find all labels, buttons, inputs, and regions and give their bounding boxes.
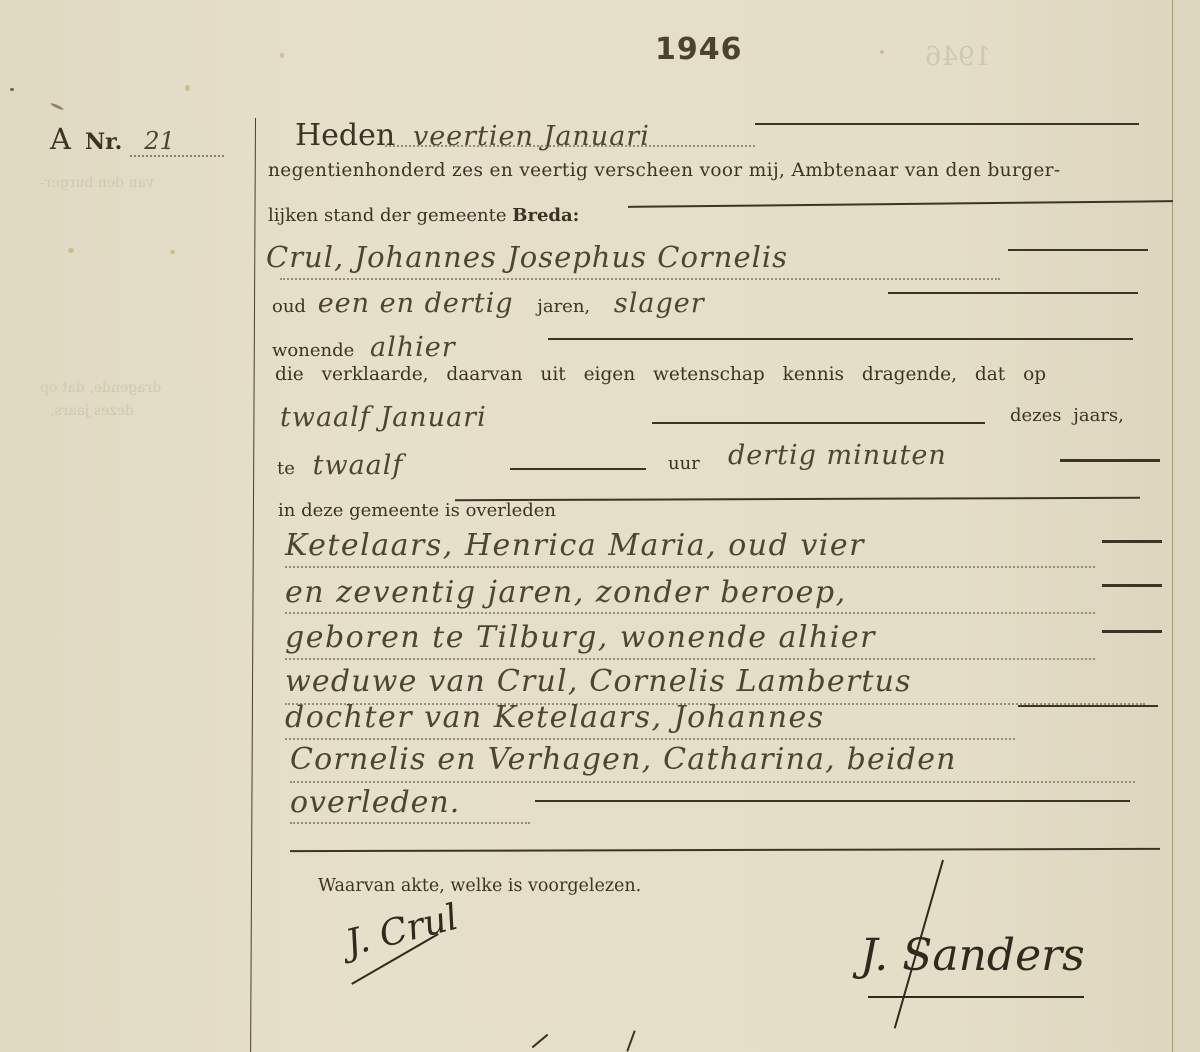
dotted-fill [385, 145, 755, 147]
fill-rule [888, 292, 1138, 294]
printed-text: negentienhonderd zes en veertig verschee… [268, 160, 1060, 181]
dotted-fill [290, 822, 530, 824]
dotted-fill [285, 612, 1095, 614]
foxing-spot [170, 250, 175, 254]
deceased-line-5: dochter van Ketelaars, Johannes [285, 700, 825, 735]
deceased-line-7: overleden. [290, 785, 460, 820]
dotted-fill [290, 781, 1135, 783]
declarant-age: een en dertig [318, 288, 514, 319]
declarant-residence: alhier [370, 332, 456, 363]
fill-rule [1102, 584, 1162, 587]
line-printed-7: die verklaarde, daarvan uit eigen wetens… [275, 364, 1046, 385]
foxing-spot [10, 88, 14, 91]
fill-rule [1102, 540, 1162, 543]
partial-stroke [626, 1030, 635, 1051]
fill-rule [455, 497, 1140, 501]
foxing-spot [185, 85, 190, 91]
line-age-occupation: oud een en dertig jaren, slager [272, 288, 705, 319]
dotted-fill [285, 738, 1015, 740]
printed-wonende: wonende [272, 340, 354, 361]
dotted-fill [285, 566, 1095, 568]
printed-text: lijken stand der gemeente [268, 205, 507, 226]
death-date: twaalf Januari [280, 402, 487, 433]
register-nr-value: 21 [130, 127, 224, 157]
register-series: A [50, 122, 71, 156]
fill-rule [548, 338, 1133, 340]
fill-rule [652, 422, 985, 424]
line-time: te twaalf [277, 450, 403, 481]
closing-statement: Waarvan akte, welke is voorgelezen. [318, 876, 641, 896]
register-number: ANr. 21 [50, 122, 224, 157]
verso-text: dragende, dat op [40, 380, 161, 396]
dotted-fill [285, 658, 1095, 660]
line-residence: wonende alhier [272, 332, 456, 363]
fill-rule [535, 800, 1130, 802]
margin-rule [250, 118, 256, 1052]
deceased-line-4: weduwe van Crul, Cornelis Lambertus [285, 664, 912, 699]
municipality-name: Breda: [512, 205, 579, 226]
official-signature: J. Sanders [860, 930, 1085, 981]
printed-text: die verklaarde, daarvan uit eigen wetens… [275, 364, 1046, 385]
line-municipality: lijken stand der gemeente Breda: [268, 205, 579, 226]
printed-oud: oud [272, 296, 306, 317]
declarant-occupation: slager [614, 288, 705, 319]
foxing-spot [68, 248, 74, 253]
death-hour: twaalf [313, 450, 404, 481]
death-minutes: dertig minuten [728, 440, 947, 471]
foxing-spot [50, 102, 64, 111]
document-page: 1946 van den burger- dragende, dat op de… [0, 0, 1200, 1052]
deceased-line-3: geboren te Tilburg, wonende alhier [285, 620, 876, 655]
fill-rule [1102, 630, 1162, 633]
verso-text: dezes jaars, [50, 403, 134, 419]
closing-rule [290, 848, 1160, 852]
deceased-line-1: Ketelaars, Henrica Maria, oud vier [285, 528, 865, 563]
foxing-spot [880, 50, 884, 54]
printed-jaren: jaren, [537, 296, 590, 317]
printed-te: te [277, 458, 295, 479]
deceased-line-6: Cornelis en Verhagen, Catharina, beiden [290, 742, 957, 777]
line-printed-2: negentienhonderd zes en veertig verschee… [268, 160, 1060, 181]
document-year: 1946 [655, 32, 743, 67]
fill-rule [510, 468, 646, 470]
verso-text: van den burger- [40, 175, 154, 191]
declarant-name: Crul, Johannes Josephus Cornelis [266, 240, 788, 274]
section-rule [628, 200, 1173, 208]
printed-dezes-jaars: dezes jaars, [1010, 405, 1124, 426]
fill-rule [1008, 249, 1148, 251]
verso-year: 1946 [925, 42, 991, 72]
fill-rule [755, 123, 1139, 125]
deceased-line-2: en zeventig jaren, zonder beroep, [285, 575, 847, 610]
handwritten-date: veertien Januari [413, 121, 650, 152]
page-gutter [1172, 0, 1200, 1052]
signature-underline [868, 996, 1084, 998]
printed-overleden: in deze gemeente is overleden [278, 500, 556, 521]
printed-uur: uur [668, 453, 700, 474]
register-nr-label: Nr. [85, 129, 122, 155]
dotted-fill [280, 278, 1000, 280]
foxing-spot [280, 53, 284, 58]
fill-rule [1060, 459, 1160, 462]
partial-stroke [532, 1034, 549, 1048]
fill-rule [1018, 705, 1158, 707]
line-date: Heden veertien Januari [295, 118, 650, 153]
printed-heden: Heden [295, 118, 395, 153]
